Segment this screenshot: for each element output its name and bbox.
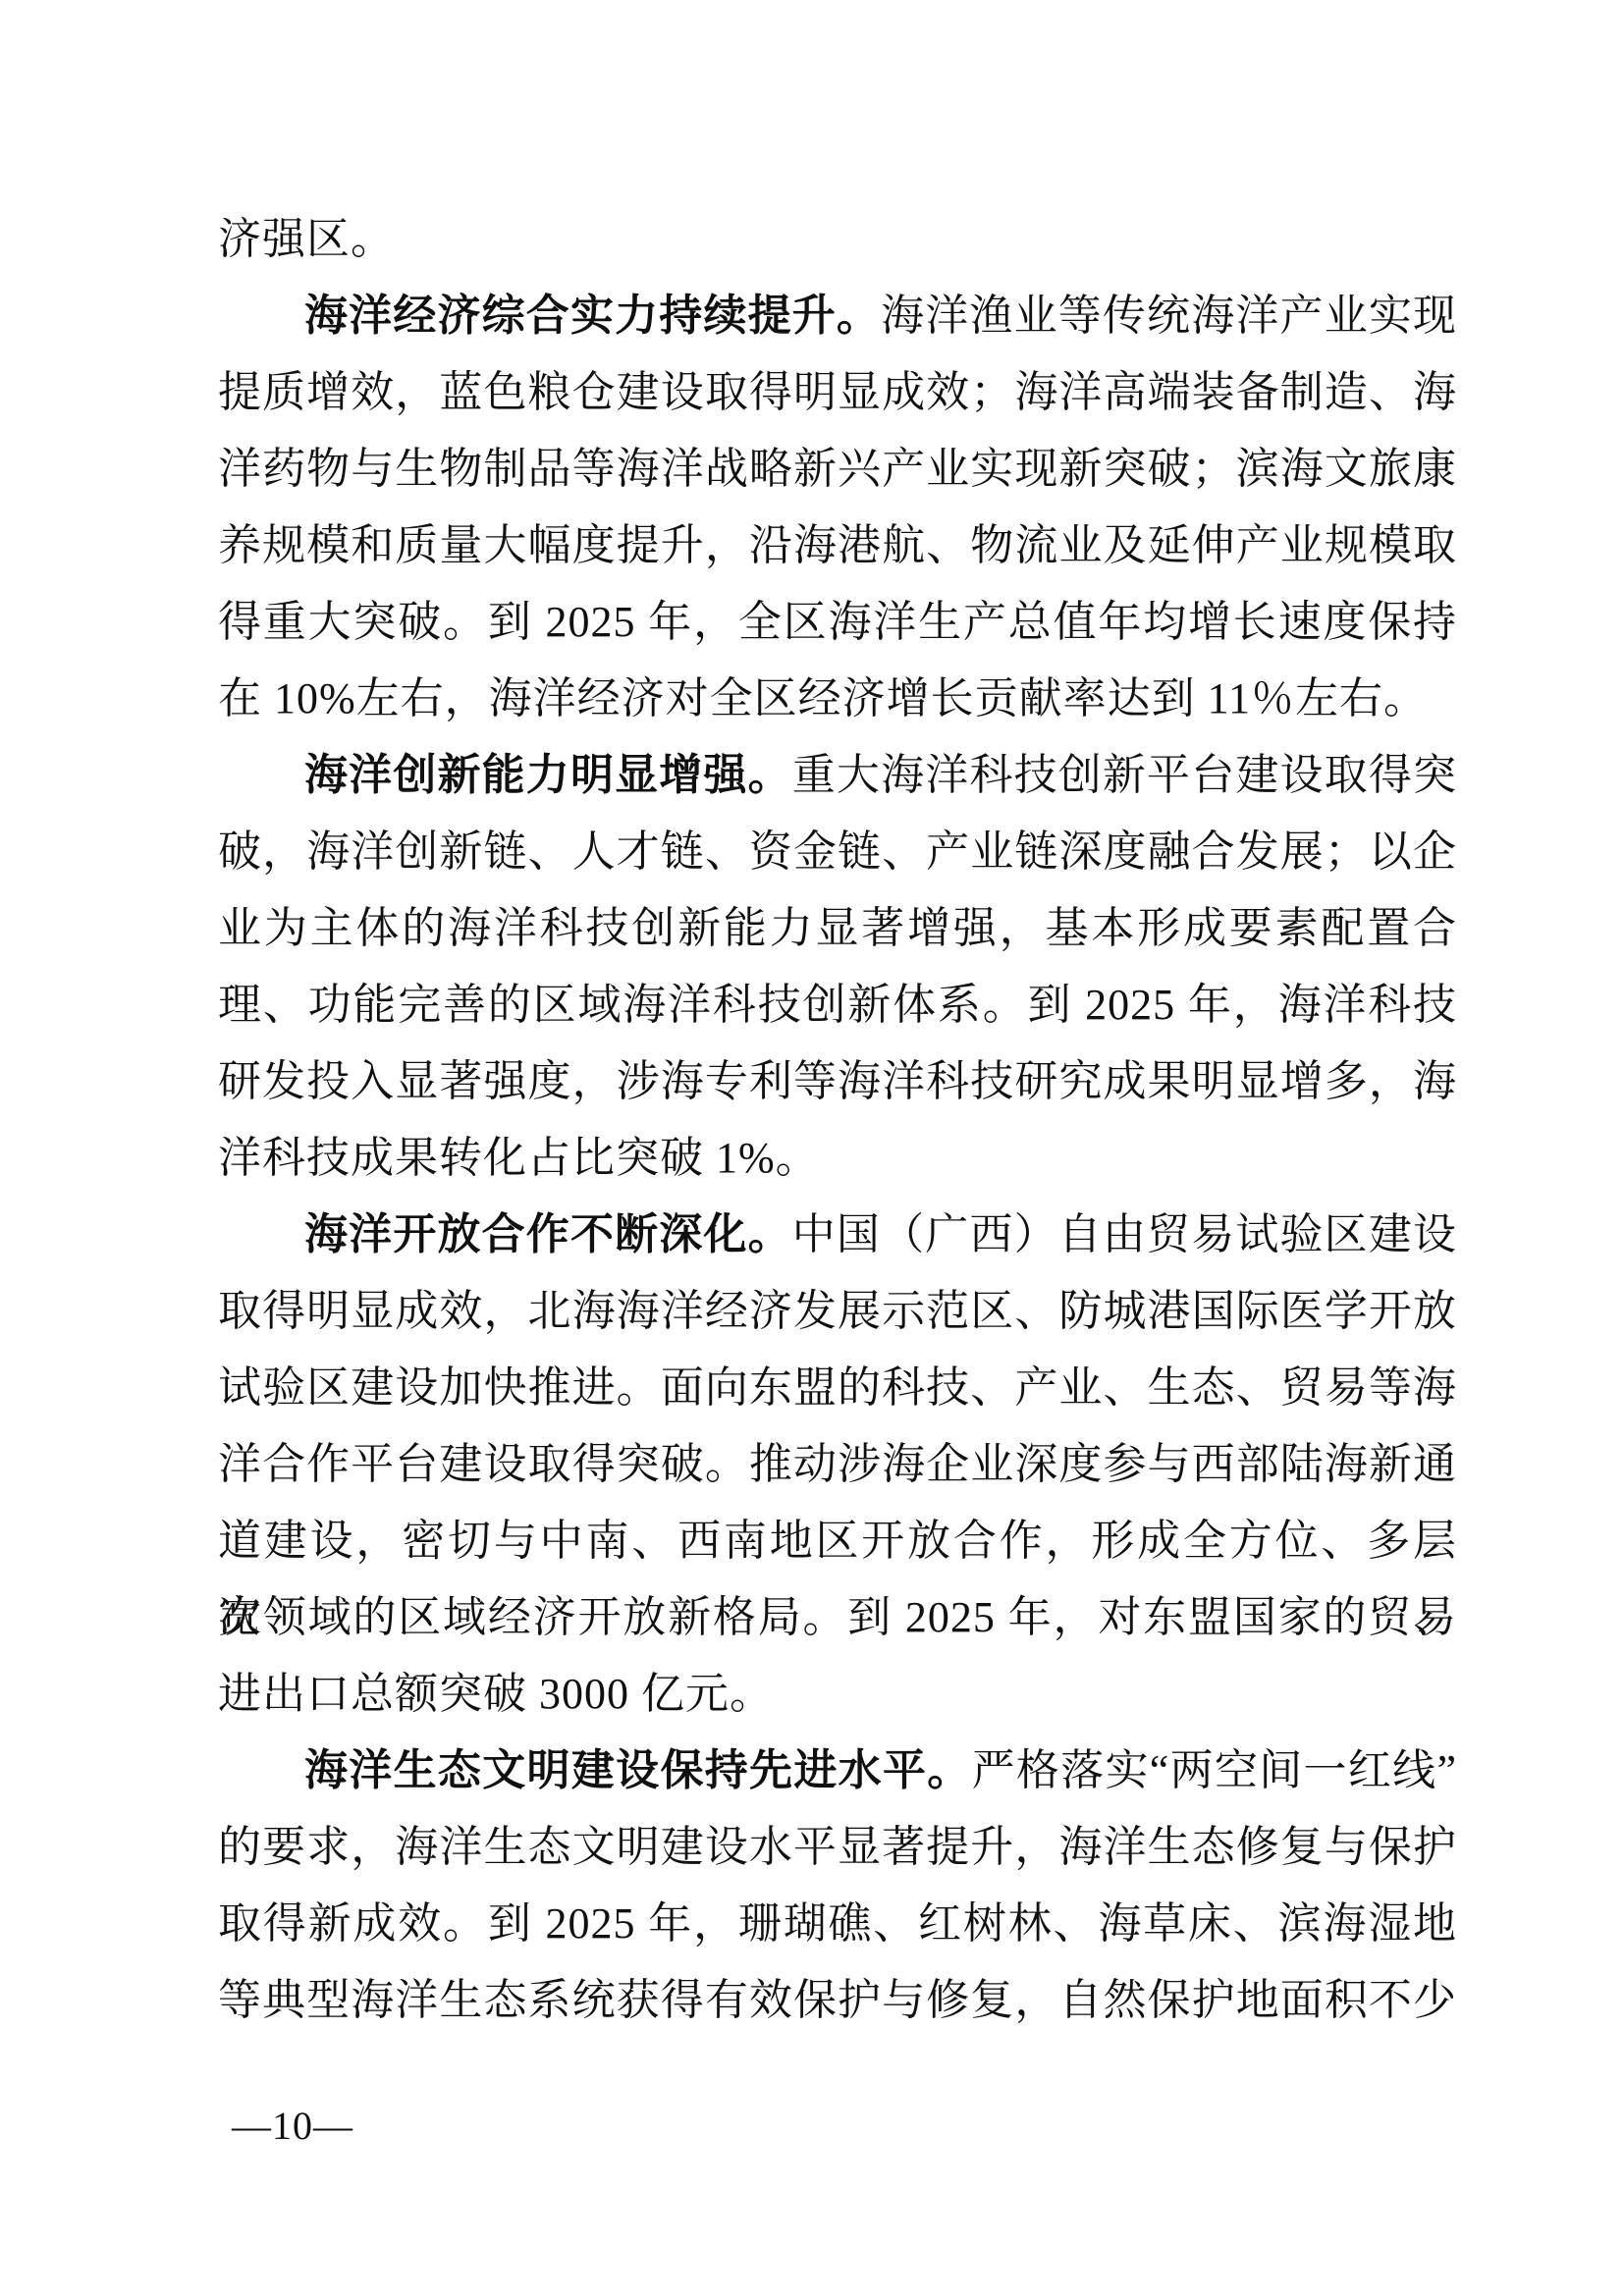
paragraph-lead: 海洋开放合作不断深化。 [304, 1210, 792, 1258]
line-text: 养规模和质量大幅度提升，沿海港航、物流业及延伸产业规模取 [218, 521, 1457, 569]
text-line: 海洋开放合作不断深化。中国（广西）自由贸易试验区建设 [218, 1197, 1457, 1273]
line-text: 洋科技成果转化占比突破 1%。 [218, 1134, 820, 1182]
line-text: 破，海洋创新链、人才链、资金链、产业链深度融合发展；以企 [218, 828, 1457, 876]
text-line: 取得新成效。到 2025 年，珊瑚礁、红树林、海草床、滨海湿地 [218, 1886, 1457, 1962]
line-text: 济强区。 [218, 215, 395, 263]
text-line: 破，海洋创新链、人才链、资金链、产业链深度融合发展；以企 [218, 814, 1457, 890]
text-line: 试验区建设加快推进。面向东盟的科技、产业、生态、贸易等海 [218, 1350, 1457, 1426]
paragraph-lead: 海洋创新能力明显增强。 [304, 751, 792, 799]
line-text: 提质增效，蓝色粮仓建设取得明显成效；海洋高端装备制造、海 [218, 368, 1457, 416]
text-line: 海洋生态文明建设保持先进水平。严格落实“两空间一红线” [218, 1733, 1457, 1809]
text-line: 海洋创新能力明显增强。重大海洋科技创新平台建设取得突 [218, 737, 1457, 814]
line-text: 等典型海洋生态系统获得有效保护与修复，自然保护地面积不少 [218, 1976, 1457, 2024]
line-text: 业为主体的海洋科技创新能力显著增强，基本形成要素配置合 [218, 904, 1457, 952]
text-line: 洋药物与生物制品等海洋战略新兴产业实现新突破；滨海文旅康 [218, 431, 1457, 507]
text-line: 海洋经济综合实力持续提升。海洋渔业等传统海洋产业实现 [218, 278, 1457, 354]
document-page: 济强区。海洋经济综合实力持续提升。海洋渔业等传统海洋产业实现提质增效，蓝色粮仓建… [0, 0, 1624, 2296]
text-line: 业为主体的海洋科技创新能力显著增强，基本形成要素配置合 [218, 890, 1457, 967]
text-line: 道建设，密切与中南、西南地区开放合作，形成全方位、多层次、 [218, 1503, 1457, 1579]
line-text: 研发投入显著强度，涉海专利等海洋科技研究成果明显增多，海 [218, 1057, 1457, 1105]
text-line: 在 10%左右，海洋经济对全区经济增长贡献率达到 11％左右。 [218, 661, 1457, 737]
line-text: 的要求，海洋生态文明建设水平显著提升，海洋生态修复与保护 [218, 1823, 1457, 1871]
line-text: 取得明显成效，北海海洋经济发展示范区、防城港国际医学开放 [218, 1287, 1457, 1335]
text-line: 宽领域的区域经济开放新格局。到 2025 年，对东盟国家的贸易 [218, 1579, 1457, 1656]
line-text: 重大海洋科技创新平台建设取得突 [792, 751, 1457, 799]
body-text: 济强区。海洋经济综合实力持续提升。海洋渔业等传统海洋产业实现提质增效，蓝色粮仓建… [218, 201, 1457, 2039]
line-text: 在 10%左右，海洋经济对全区经济增长贡献率达到 11％左右。 [218, 674, 1428, 722]
line-text: 洋合作平台建设取得突破。推动涉海企业深度参与西部陆海新通 [218, 1440, 1457, 1488]
text-line: 得重大突破。到 2025 年，全区海洋生产总值年均增长速度保持 [218, 584, 1457, 661]
paragraph-lead: 海洋经济综合实力持续提升。 [304, 292, 881, 340]
text-line: 提质增效，蓝色粮仓建设取得明显成效；海洋高端装备制造、海 [218, 354, 1457, 431]
line-text: 得重大突破。到 2025 年，全区海洋生产总值年均增长速度保持 [218, 598, 1457, 646]
text-line: 洋合作平台建设取得突破。推动涉海企业深度参与西部陆海新通 [218, 1426, 1457, 1503]
text-line: 养规模和质量大幅度提升，沿海港航、物流业及延伸产业规模取 [218, 507, 1457, 584]
text-line: 理、功能完善的区域海洋科技创新体系。到 2025 年，海洋科技 [218, 967, 1457, 1043]
line-text: 海洋渔业等传统海洋产业实现 [881, 292, 1457, 340]
line-text: 中国（广西）自由贸易试验区建设 [792, 1210, 1457, 1258]
paragraph-lead: 海洋生态文明建设保持先进水平。 [304, 1746, 972, 1794]
line-text: 取得新成效。到 2025 年，珊瑚礁、红树林、海草床、滨海湿地 [218, 1899, 1457, 1948]
text-line: 等典型海洋生态系统获得有效保护与修复，自然保护地面积不少 [218, 1962, 1457, 2039]
line-text: 理、功能完善的区域海洋科技创新体系。到 2025 年，海洋科技 [218, 981, 1457, 1029]
line-text: 进出口总额突破 3000 亿元。 [218, 1670, 774, 1718]
page-number: —10— [232, 2103, 353, 2150]
text-line: 的要求，海洋生态文明建设水平显著提升，海洋生态修复与保护 [218, 1809, 1457, 1886]
text-line: 洋科技成果转化占比突破 1%。 [218, 1120, 1457, 1197]
text-line: 取得明显成效，北海海洋经济发展示范区、防城港国际医学开放 [218, 1273, 1457, 1350]
text-line: 进出口总额突破 3000 亿元。 [218, 1656, 1457, 1733]
line-text: 试验区建设加快推进。面向东盟的科技、产业、生态、贸易等海 [218, 1363, 1457, 1412]
line-text: 严格落实“两空间一红线” [972, 1746, 1457, 1794]
line-text: 宽领域的区域经济开放新格局。到 2025 年，对东盟国家的贸易 [218, 1593, 1457, 1641]
text-line: 研发投入显著强度，涉海专利等海洋科技研究成果明显增多，海 [218, 1043, 1457, 1120]
text-line: 济强区。 [218, 201, 1457, 278]
line-text: 洋药物与生物制品等海洋战略新兴产业实现新突破；滨海文旅康 [218, 445, 1457, 493]
